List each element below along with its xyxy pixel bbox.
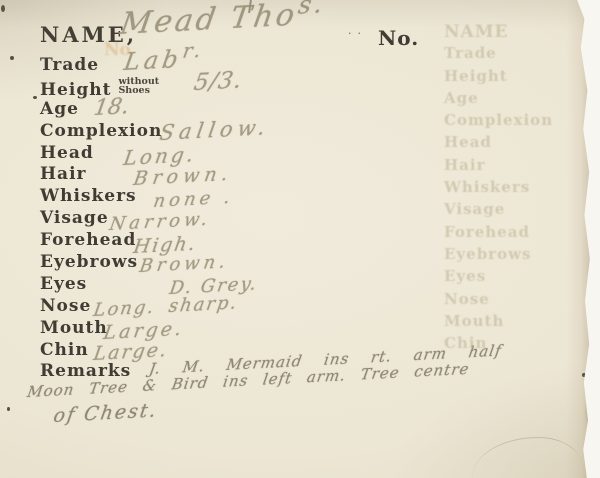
field-label-chin: Chin bbox=[40, 340, 89, 360]
ink-speck bbox=[7, 407, 10, 411]
ink-dots: .. bbox=[348, 24, 367, 37]
handwritten-height: 5/3. bbox=[192, 67, 244, 96]
field-row: Mouth bbox=[40, 318, 400, 340]
field-label-hair: Hair bbox=[40, 164, 87, 184]
ledger-page: NAME, No. .. Trade HeightwithoutShoes Ag… bbox=[0, 0, 600, 478]
field-row: Head bbox=[40, 143, 400, 165]
handwritten-whiskers: none . bbox=[152, 187, 235, 212]
field-label-trade: Trade bbox=[40, 55, 99, 75]
handwritten-age: 18. bbox=[92, 94, 131, 121]
field-row: Forehead bbox=[40, 230, 400, 252]
stamp-ghost: No bbox=[104, 40, 131, 60]
field-label-eyes: Eyes bbox=[40, 274, 87, 294]
page-edge bbox=[566, 0, 600, 478]
handwritten-remarks-line3: of Chest. bbox=[52, 399, 159, 427]
ink-speck bbox=[10, 56, 14, 60]
page-curl-shadow bbox=[472, 437, 582, 478]
field-label-visage: Visage bbox=[40, 208, 109, 228]
field-row: Visage bbox=[40, 208, 400, 230]
field-sublabel-without-shoes: withoutShoes bbox=[118, 77, 159, 95]
no-label: No. bbox=[378, 26, 419, 50]
ink-speck bbox=[582, 373, 586, 377]
handwritten-name: Mead Thos. bbox=[118, 0, 328, 42]
field-label-head: Head bbox=[40, 143, 94, 163]
ink-speck bbox=[33, 96, 37, 99]
handwritten-trade: Labr. bbox=[122, 38, 207, 76]
field-label-complexion: Complexion bbox=[40, 121, 162, 141]
register-page-photo: NAME, No. .. Trade HeightwithoutShoes Ag… bbox=[0, 0, 600, 478]
bleedthrough-labels: NAME Trade Height Age Complexion Head Ha… bbox=[444, 22, 553, 356]
ink-speck bbox=[1, 5, 5, 12]
field-label-whiskers: Whiskers bbox=[40, 186, 137, 206]
field-label-eyebrows: Eyebrows bbox=[40, 252, 138, 272]
field-label-age: Age bbox=[40, 99, 79, 119]
field-label-nose: Nose bbox=[40, 296, 91, 316]
